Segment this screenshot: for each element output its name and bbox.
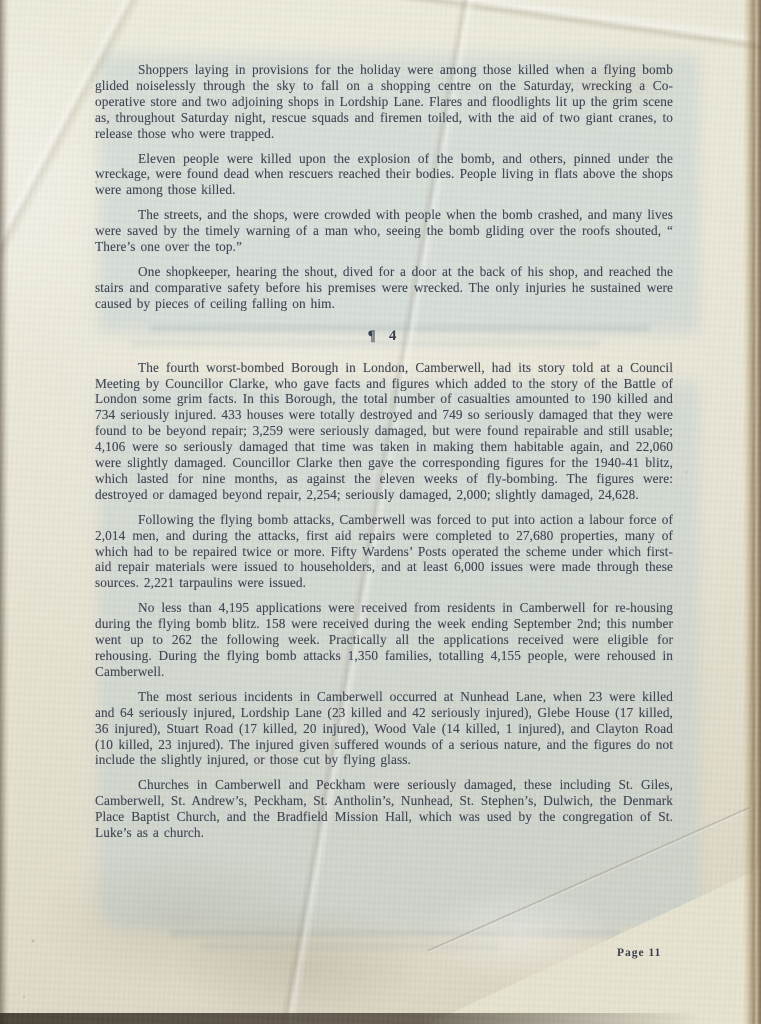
paragraph: The fourth worst-bombed Borough in Londo… (95, 360, 673, 503)
page-edge-left (0, 0, 9, 1024)
text-block: Shoppers laying in provisions for the ho… (95, 62, 673, 850)
paragraph: Eleven people were killed upon the explo… (95, 151, 673, 199)
print-through-line (200, 943, 500, 950)
page-number: Page 11 (617, 947, 661, 959)
paragraph: One shopkeeper, hearing the shout, dived… (95, 264, 673, 312)
scanned-page: Shoppers laying in provisions for the ho… (0, 0, 761, 1024)
paragraph: The most serious incidents in Camberwell… (95, 689, 673, 769)
paragraph: Churches in Camberwell and Peckham were … (95, 777, 673, 841)
page-edge-right (743, 0, 761, 1024)
print-through-line (170, 930, 620, 937)
paragraph: The streets, and the shops, were crowded… (95, 207, 673, 255)
page-edge-bottom (0, 1013, 761, 1024)
paragraph: Shoppers laying in provisions for the ho… (95, 62, 673, 142)
paragraph: No less than 4,195 applications were rec… (95, 600, 673, 680)
section-marker-pilcrow-4: ¶ 4 (95, 329, 673, 345)
paragraph: Following the flying bomb attacks, Cambe… (95, 512, 673, 592)
